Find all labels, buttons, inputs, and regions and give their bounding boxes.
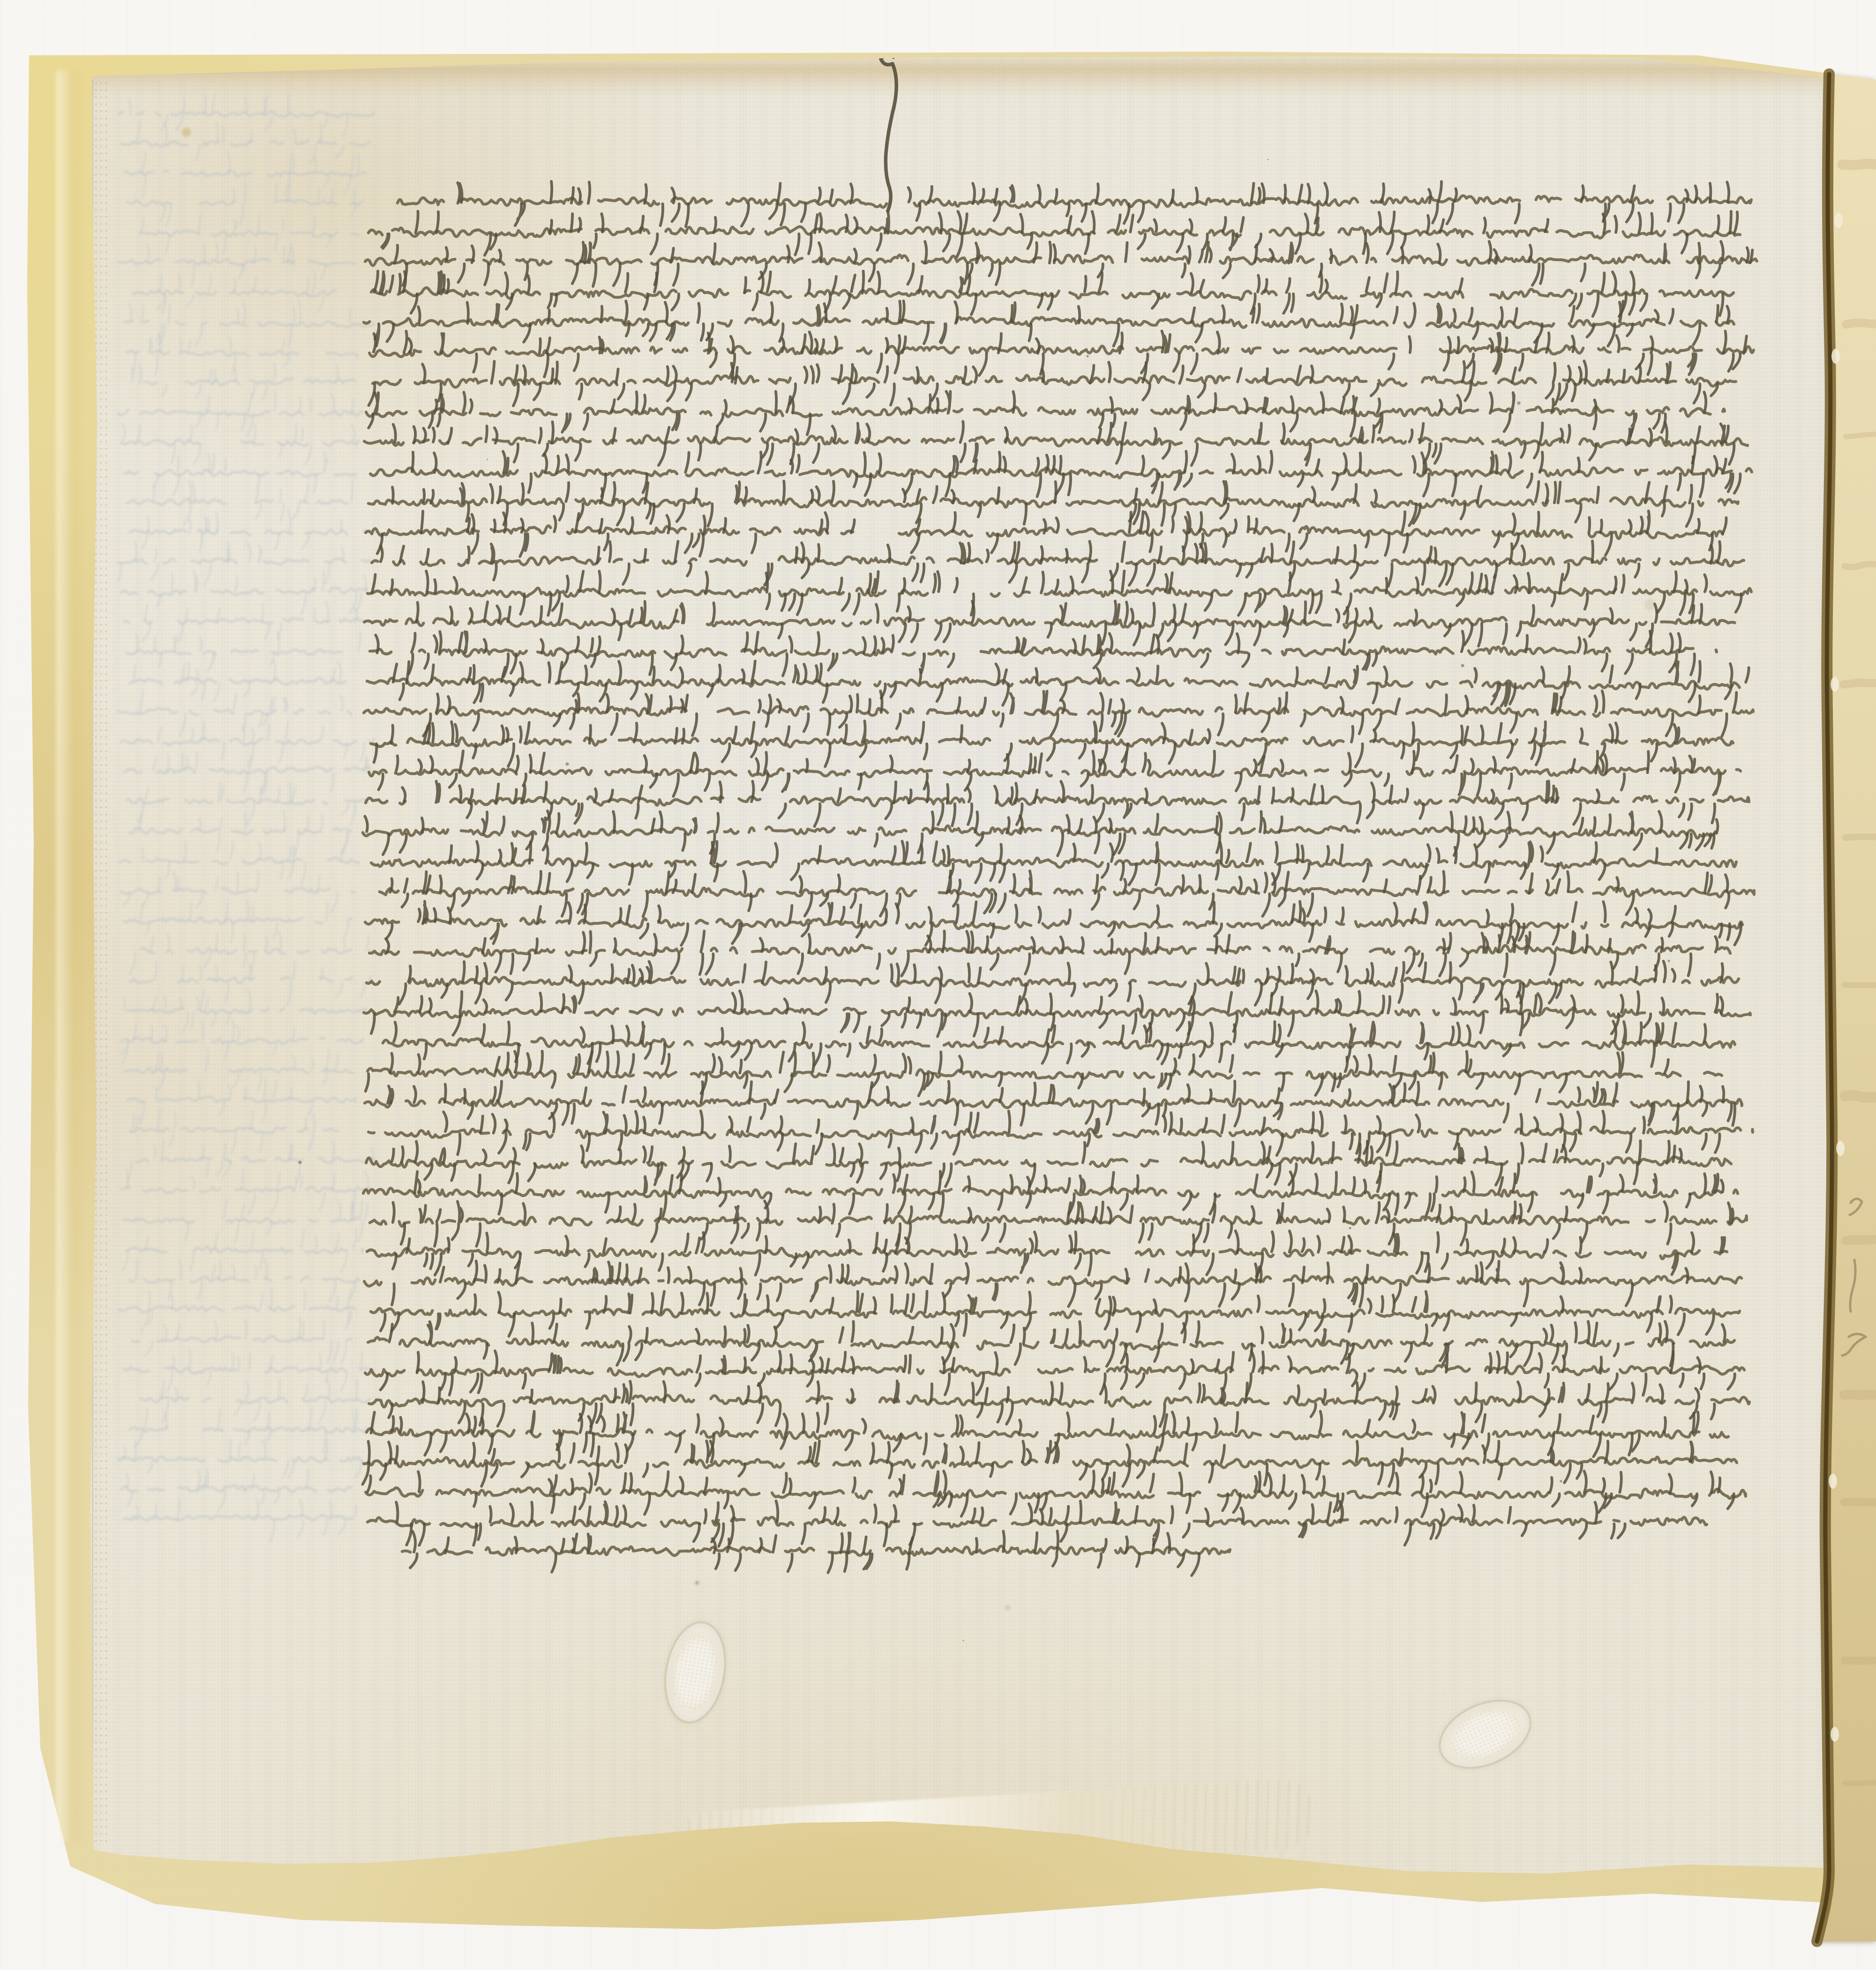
scanner-background: Miselle fontaine dont led roussel se tin… (0, 0, 1876, 1970)
torn-edge-chip (1831, 677, 1839, 692)
torn-edge-chip (1834, 213, 1843, 228)
torn-edge-chip (1831, 1727, 1839, 1742)
torn-edge-chip (1836, 1141, 1845, 1156)
gutter-and-adjacent-page (0, 0, 1876, 1970)
torn-edge-chip (1831, 349, 1840, 364)
torn-edge-chip (1829, 1474, 1837, 1489)
